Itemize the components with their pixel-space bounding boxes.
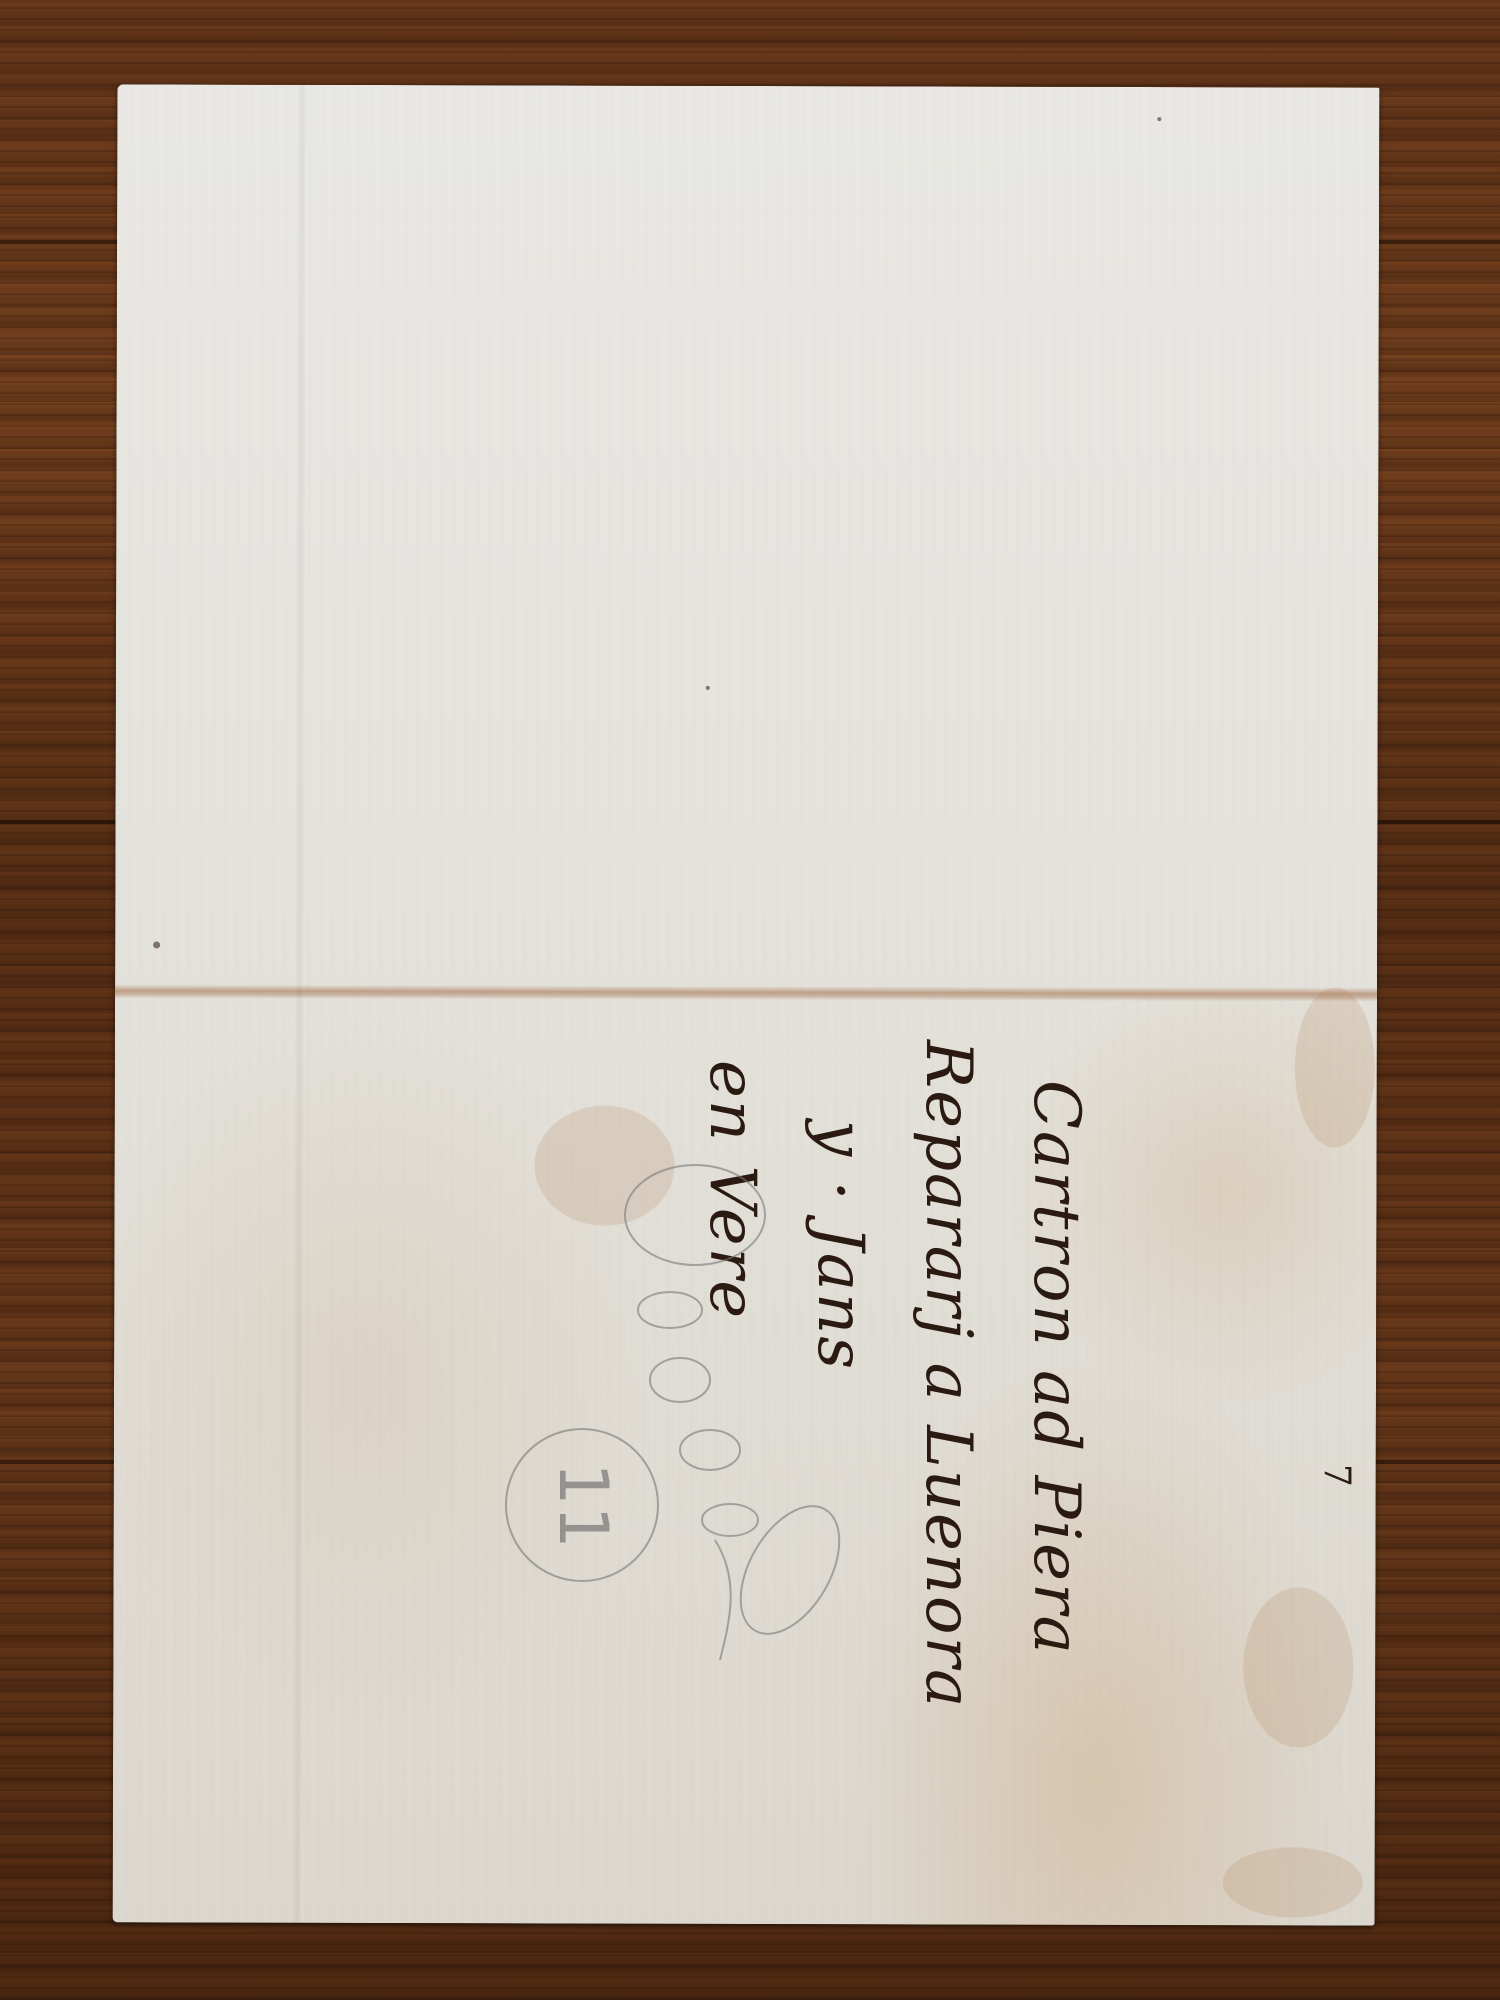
water-stain [1295,987,1375,1147]
pencil-signature [620,1160,880,1680]
pencil-circled-number: 11 [505,1428,659,1582]
ink-speck [1157,117,1161,121]
circled-number-text: 11 [543,1462,622,1549]
page-number-mark: 7 [1316,1464,1357,1487]
ink-speck [153,941,160,948]
handwritten-line: Repararj a Luenora [894,1040,1002,1709]
water-stain [1223,1847,1363,1917]
water-stain [1243,1587,1353,1747]
vertical-fold-crease [293,85,308,1923]
ink-speck [706,686,710,690]
handwritten-line: Cartron ad Piera [1002,1080,1110,1709]
